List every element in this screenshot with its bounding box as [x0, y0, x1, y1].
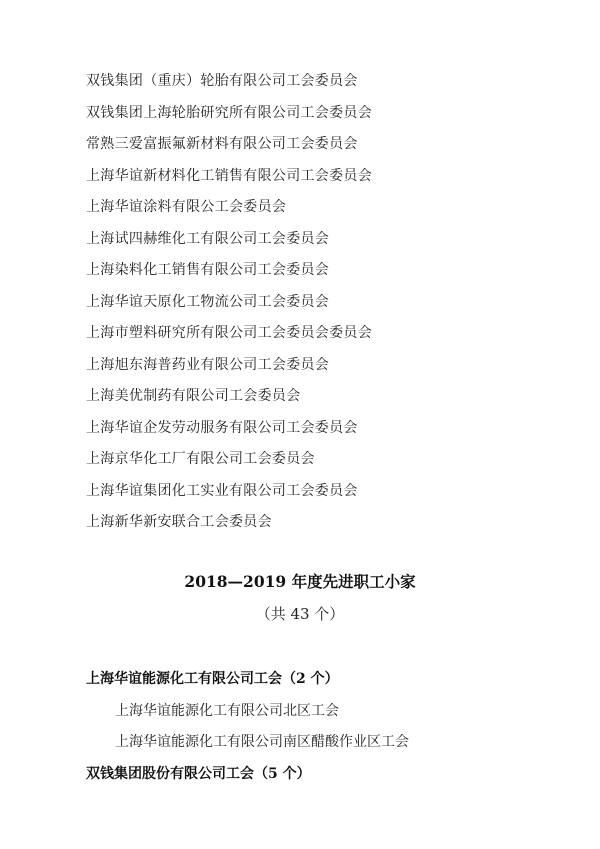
- list-item: 上海试四赫维化工有限公司工会委员会: [86, 228, 372, 260]
- list-item: 上海华谊涂料有限公工会委员会: [86, 196, 372, 228]
- list-item: 上海染料化工销售有限公司工会委员会: [86, 259, 372, 291]
- group-heading: 上海华谊能源化工有限公司工会（2 个）: [86, 668, 409, 700]
- list-item: 上海新华新安联合工会委员会: [86, 511, 372, 543]
- group-heading: 双钱集团股份有限公司工会（5 个）: [86, 763, 409, 795]
- list-item: 上海美优制药有限公司工会委员会: [86, 385, 372, 417]
- award-list-continued: 双钱集团（重庆）轮胎有限公司工会委员会 双钱集团上海轮胎研究所有限公司工会委员会…: [86, 70, 372, 543]
- list-item: 上海华谊天原化工物流公司工会委员会: [86, 291, 372, 323]
- group-list: 上海华谊能源化工有限公司工会（2 个） 上海华谊能源化工有限公司北区工会 上海华…: [86, 668, 409, 794]
- list-item: 上海旭东海普药业有限公司工会委员会: [86, 354, 372, 386]
- list-item: 上海华谊集团化工实业有限公司工会委员会: [86, 480, 372, 512]
- section-title: 2018—2019 年度先进职工小家: [0, 570, 600, 592]
- list-item: 上海京华化工厂有限公司工会委员会: [86, 448, 372, 480]
- document-page: 双钱集团（重庆）轮胎有限公司工会委员会 双钱集团上海轮胎研究所有限公司工会委员会…: [0, 0, 600, 849]
- group-item: 上海华谊能源化工有限公司北区工会: [86, 700, 409, 732]
- list-item: 双钱集团上海轮胎研究所有限公司工会委员会: [86, 102, 372, 134]
- list-item: 常熟三爱富振氟新材料有限公司工会委员会: [86, 133, 372, 165]
- group-item: 上海华谊能源化工有限公司南区醋酸作业区工会: [86, 731, 409, 763]
- list-item: 上海华谊新材料化工销售有限公司工会委员会: [86, 165, 372, 197]
- list-item: 上海华谊企发劳动服务有限公司工会委员会: [86, 417, 372, 449]
- section-count: （共 43 个）: [0, 603, 600, 624]
- list-item: 上海市塑料研究所有限公司工会委员会委员会: [86, 322, 372, 354]
- list-item: 双钱集团（重庆）轮胎有限公司工会委员会: [86, 70, 372, 102]
